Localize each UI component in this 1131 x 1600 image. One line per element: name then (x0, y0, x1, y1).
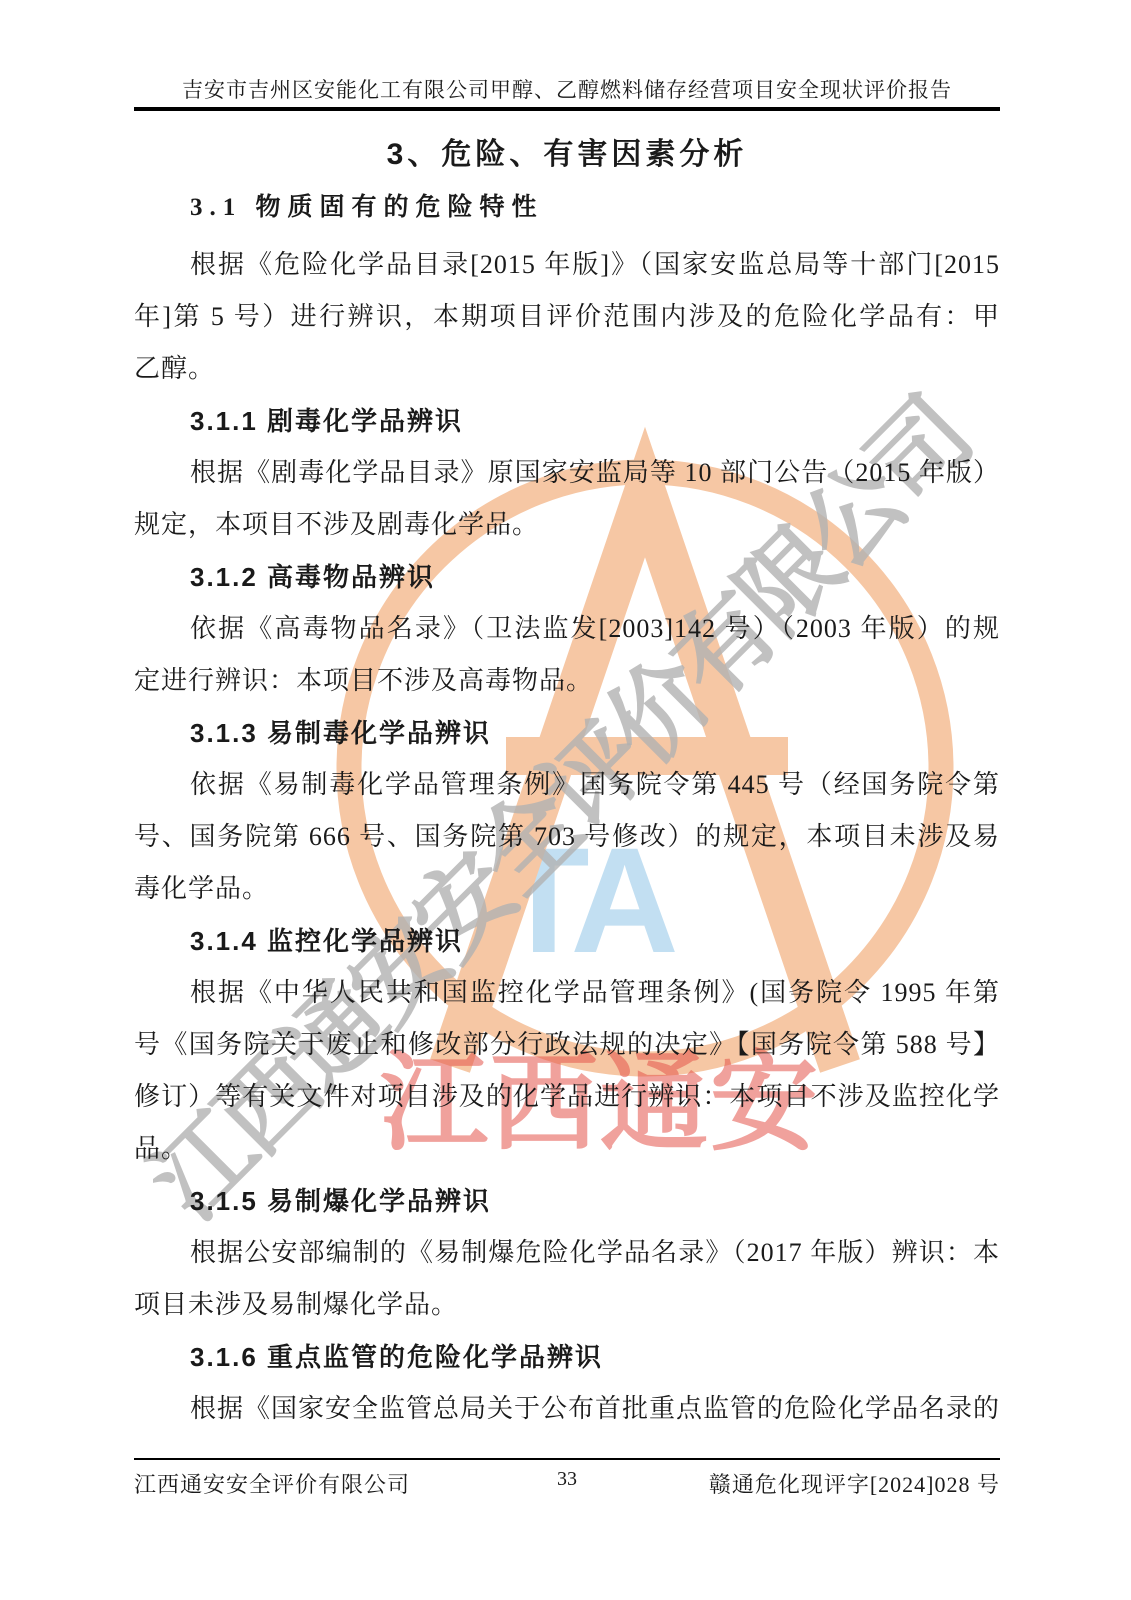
body-line: 根据《国家安全监管总局关于公布首批重点监管的危险化学品名录的 (134, 1383, 1000, 1435)
body-line: 根据公安部编制的《易制爆危险化学品名录》（2017 年版）辨识：本 (134, 1227, 1000, 1279)
document-page: TA 江西通安 江西通安安全评价有限公司 吉安市吉州区安能化工有限公司甲醇、乙醇… (0, 0, 1131, 1600)
paragraph: 根据《中华人民共和国监控化学品管理条例》(国务院令 1995 年第 190号《国… (134, 967, 1000, 1175)
subsection-heading: 3.1.4 监控化学品辨识 (134, 915, 1000, 967)
subsection-heading: 3.1.5 易制爆化学品辨识 (134, 1175, 1000, 1227)
paragraph: 根据《国家安全监管总局关于公布首批重点监管的危险化学品名录的 (134, 1383, 1000, 1435)
subsection-heading: 3.1.2 高毒物品辨识 (134, 551, 1000, 603)
paragraph: 依据《高毒物品名录》（卫法监发[2003]142 号）（2003 年版）的规定进… (134, 603, 1000, 707)
section-heading: 3.1 物质固有的危险特性 (134, 191, 1000, 225)
body-line: 年]第 5 号）进行辨识，本期项目评价范围内涉及的危险化学品有：甲醇、 (134, 291, 1000, 343)
content-column: 吉安市吉州区安能化工有限公司甲醇、乙醇燃料储存经营项目安全现状评价报告 3、危险… (134, 0, 1000, 1435)
body-line: 号《国务院关于废止和修改部分行政法规的决定》【国务院令第 588 号】 (134, 1019, 1000, 1071)
footer-document-number: 赣通危化现评字[2024]028 号 (709, 1468, 1000, 1499)
body-line: 依据《高毒物品名录》（卫法监发[2003]142 号）（2003 年版）的规 (134, 603, 1000, 655)
chapter-title: 3、危险、有害因素分析 (134, 135, 1000, 175)
body-line: 毒化学品。 (134, 863, 1000, 915)
body-line: 根据《中华人民共和国监控化学品管理条例》(国务院令 1995 年第 190 (134, 967, 1000, 1019)
paragraph: 根据《剧毒化学品目录》原国家安监局等 10 部门公告（2015 年版）的规定，本… (134, 447, 1000, 551)
header-rule (134, 107, 1000, 111)
paragraph: 根据《危险化学品目录[2015 年版]》（国家安监总局等十部门[2015年]第 … (134, 239, 1000, 395)
body-line: 规定，本项目不涉及剧毒化学品。 (134, 499, 1000, 551)
subsection-heading: 3.1.1 剧毒化学品辨识 (134, 395, 1000, 447)
subsection-heading: 3.1.6 重点监管的危险化学品辨识 (134, 1331, 1000, 1383)
body-line: 号、国务院第 666 号、国务院第 703 号修改）的规定，本项目未涉及易制 (134, 811, 1000, 863)
body-line: 项目未涉及易制爆化学品。 (134, 1279, 1000, 1331)
body-line: 根据《剧毒化学品目录》原国家安监局等 10 部门公告（2015 年版）的 (134, 447, 1000, 499)
subsection-heading: 3.1.3 易制毒化学品辨识 (134, 707, 1000, 759)
body-line: 修订）等有关文件对项目涉及的化学品进行辨识：本项目不涉及监控化学 (134, 1071, 1000, 1123)
footer-row: 江西通安安全评价有限公司 33 赣通危化现评字[2024]028 号 (134, 1468, 1000, 1499)
footer-page-number: 33 (557, 1468, 577, 1491)
body-text: 根据《危险化学品目录[2015 年版]》（国家安监总局等十部门[2015年]第 … (134, 239, 1000, 1435)
body-line: 定进行辨识：本项目不涉及高毒物品。 (134, 655, 1000, 707)
footer-rule (134, 1458, 1000, 1460)
body-line: 根据《危险化学品目录[2015 年版]》（国家安监总局等十部门[2015 (134, 239, 1000, 291)
footer-company: 江西通安安全评价有限公司 (134, 1468, 410, 1499)
body-line: 依据《易制毒化学品管理条例》国务院令第 445 号（经国务院令第 653 (134, 759, 1000, 811)
paragraph: 根据公安部编制的《易制爆危险化学品名录》（2017 年版）辨识：本项目未涉及易制… (134, 1227, 1000, 1331)
paragraph: 依据《易制毒化学品管理条例》国务院令第 445 号（经国务院令第 653号、国务… (134, 759, 1000, 915)
page-footer: 江西通安安全评价有限公司 33 赣通危化现评字[2024]028 号 (134, 1458, 1000, 1499)
running-header-title: 吉安市吉州区安能化工有限公司甲醇、乙醇燃料储存经营项目安全现状评价报告 (134, 76, 1000, 104)
body-line: 品。 (134, 1123, 1000, 1175)
body-line: 乙醇。 (134, 343, 1000, 395)
